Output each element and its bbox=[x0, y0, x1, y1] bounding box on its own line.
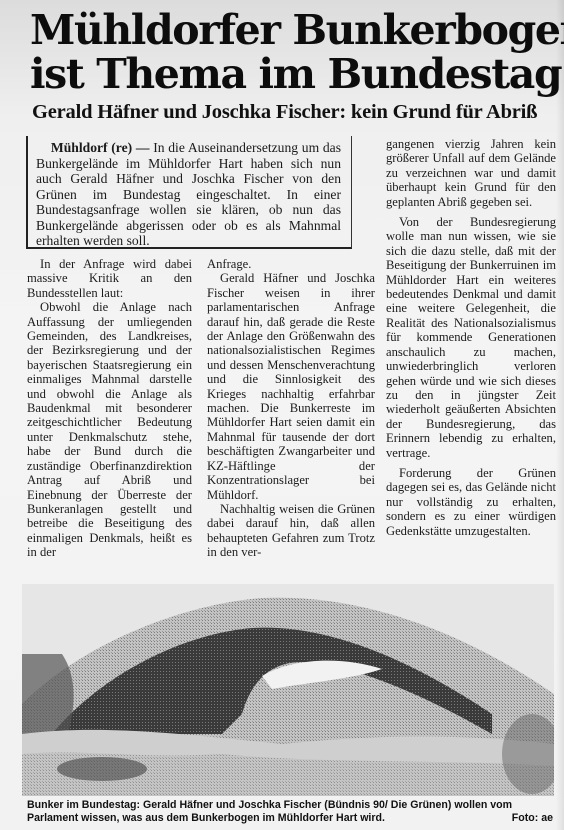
headline-line-1: Mühldorfer Bunkerbogen bbox=[30, 8, 560, 52]
subheadline: Gerald Häfner und Joschka Fischer: kein … bbox=[32, 101, 562, 123]
text-column-2: Anfrage. Gerald Häfner und Joschka Fisch… bbox=[207, 257, 375, 560]
paragraph: Von der Bundesregierung wolle man nun wi… bbox=[386, 215, 556, 460]
bunker-arch-image bbox=[22, 584, 554, 796]
lead-paragraph: Mühldorf (re) — In die Auseinandersetzun… bbox=[36, 140, 341, 249]
lead-text: In die Auseinandersetzung um das Bunkerg… bbox=[36, 140, 341, 248]
headline-line-2: ist Thema im Bundestag bbox=[30, 52, 560, 96]
paragraph: Nachhaltig weisen die Grünen dabei darau… bbox=[207, 502, 375, 560]
lead-paragraph-box: Mühldorf (re) — In die Auseinandersetzun… bbox=[26, 136, 352, 249]
headline: Mühldorfer Bunkerbogen ist Thema im Bund… bbox=[30, 8, 560, 96]
paragraph: Gerald Häfner und Joschka Fischer weisen… bbox=[207, 271, 375, 502]
paragraph: Anfrage. bbox=[207, 257, 375, 271]
newspaper-clipping: Mühldorfer Bunkerbogen ist Thema im Bund… bbox=[0, 0, 564, 830]
photo-caption: Bunker im Bundestag: Gerald Häfner und J… bbox=[27, 799, 557, 824]
paragraph: gangenen vierzig Jahren kein größerer Un… bbox=[386, 137, 556, 209]
paragraph: Forderung der Grünen dagegen sei es, das… bbox=[386, 466, 556, 538]
paragraph: In der Anfrage wird dabei massive Kritik… bbox=[27, 257, 192, 300]
caption-text: Bunker im Bundestag: Gerald Häfner und J… bbox=[27, 799, 512, 824]
text-column-1: In der Anfrage wird dabei massive Kritik… bbox=[27, 257, 192, 560]
photo-credit: Foto: ae bbox=[512, 812, 553, 825]
dateline: Mühldorf (re) — bbox=[51, 140, 150, 155]
page-edge-shadow bbox=[556, 0, 564, 830]
paragraph: Obwohl die Anlage nach Auffassung der um… bbox=[27, 300, 192, 559]
bunker-photo bbox=[22, 584, 554, 796]
text-column-3: gangenen vierzig Jahren kein größerer Un… bbox=[386, 137, 556, 538]
